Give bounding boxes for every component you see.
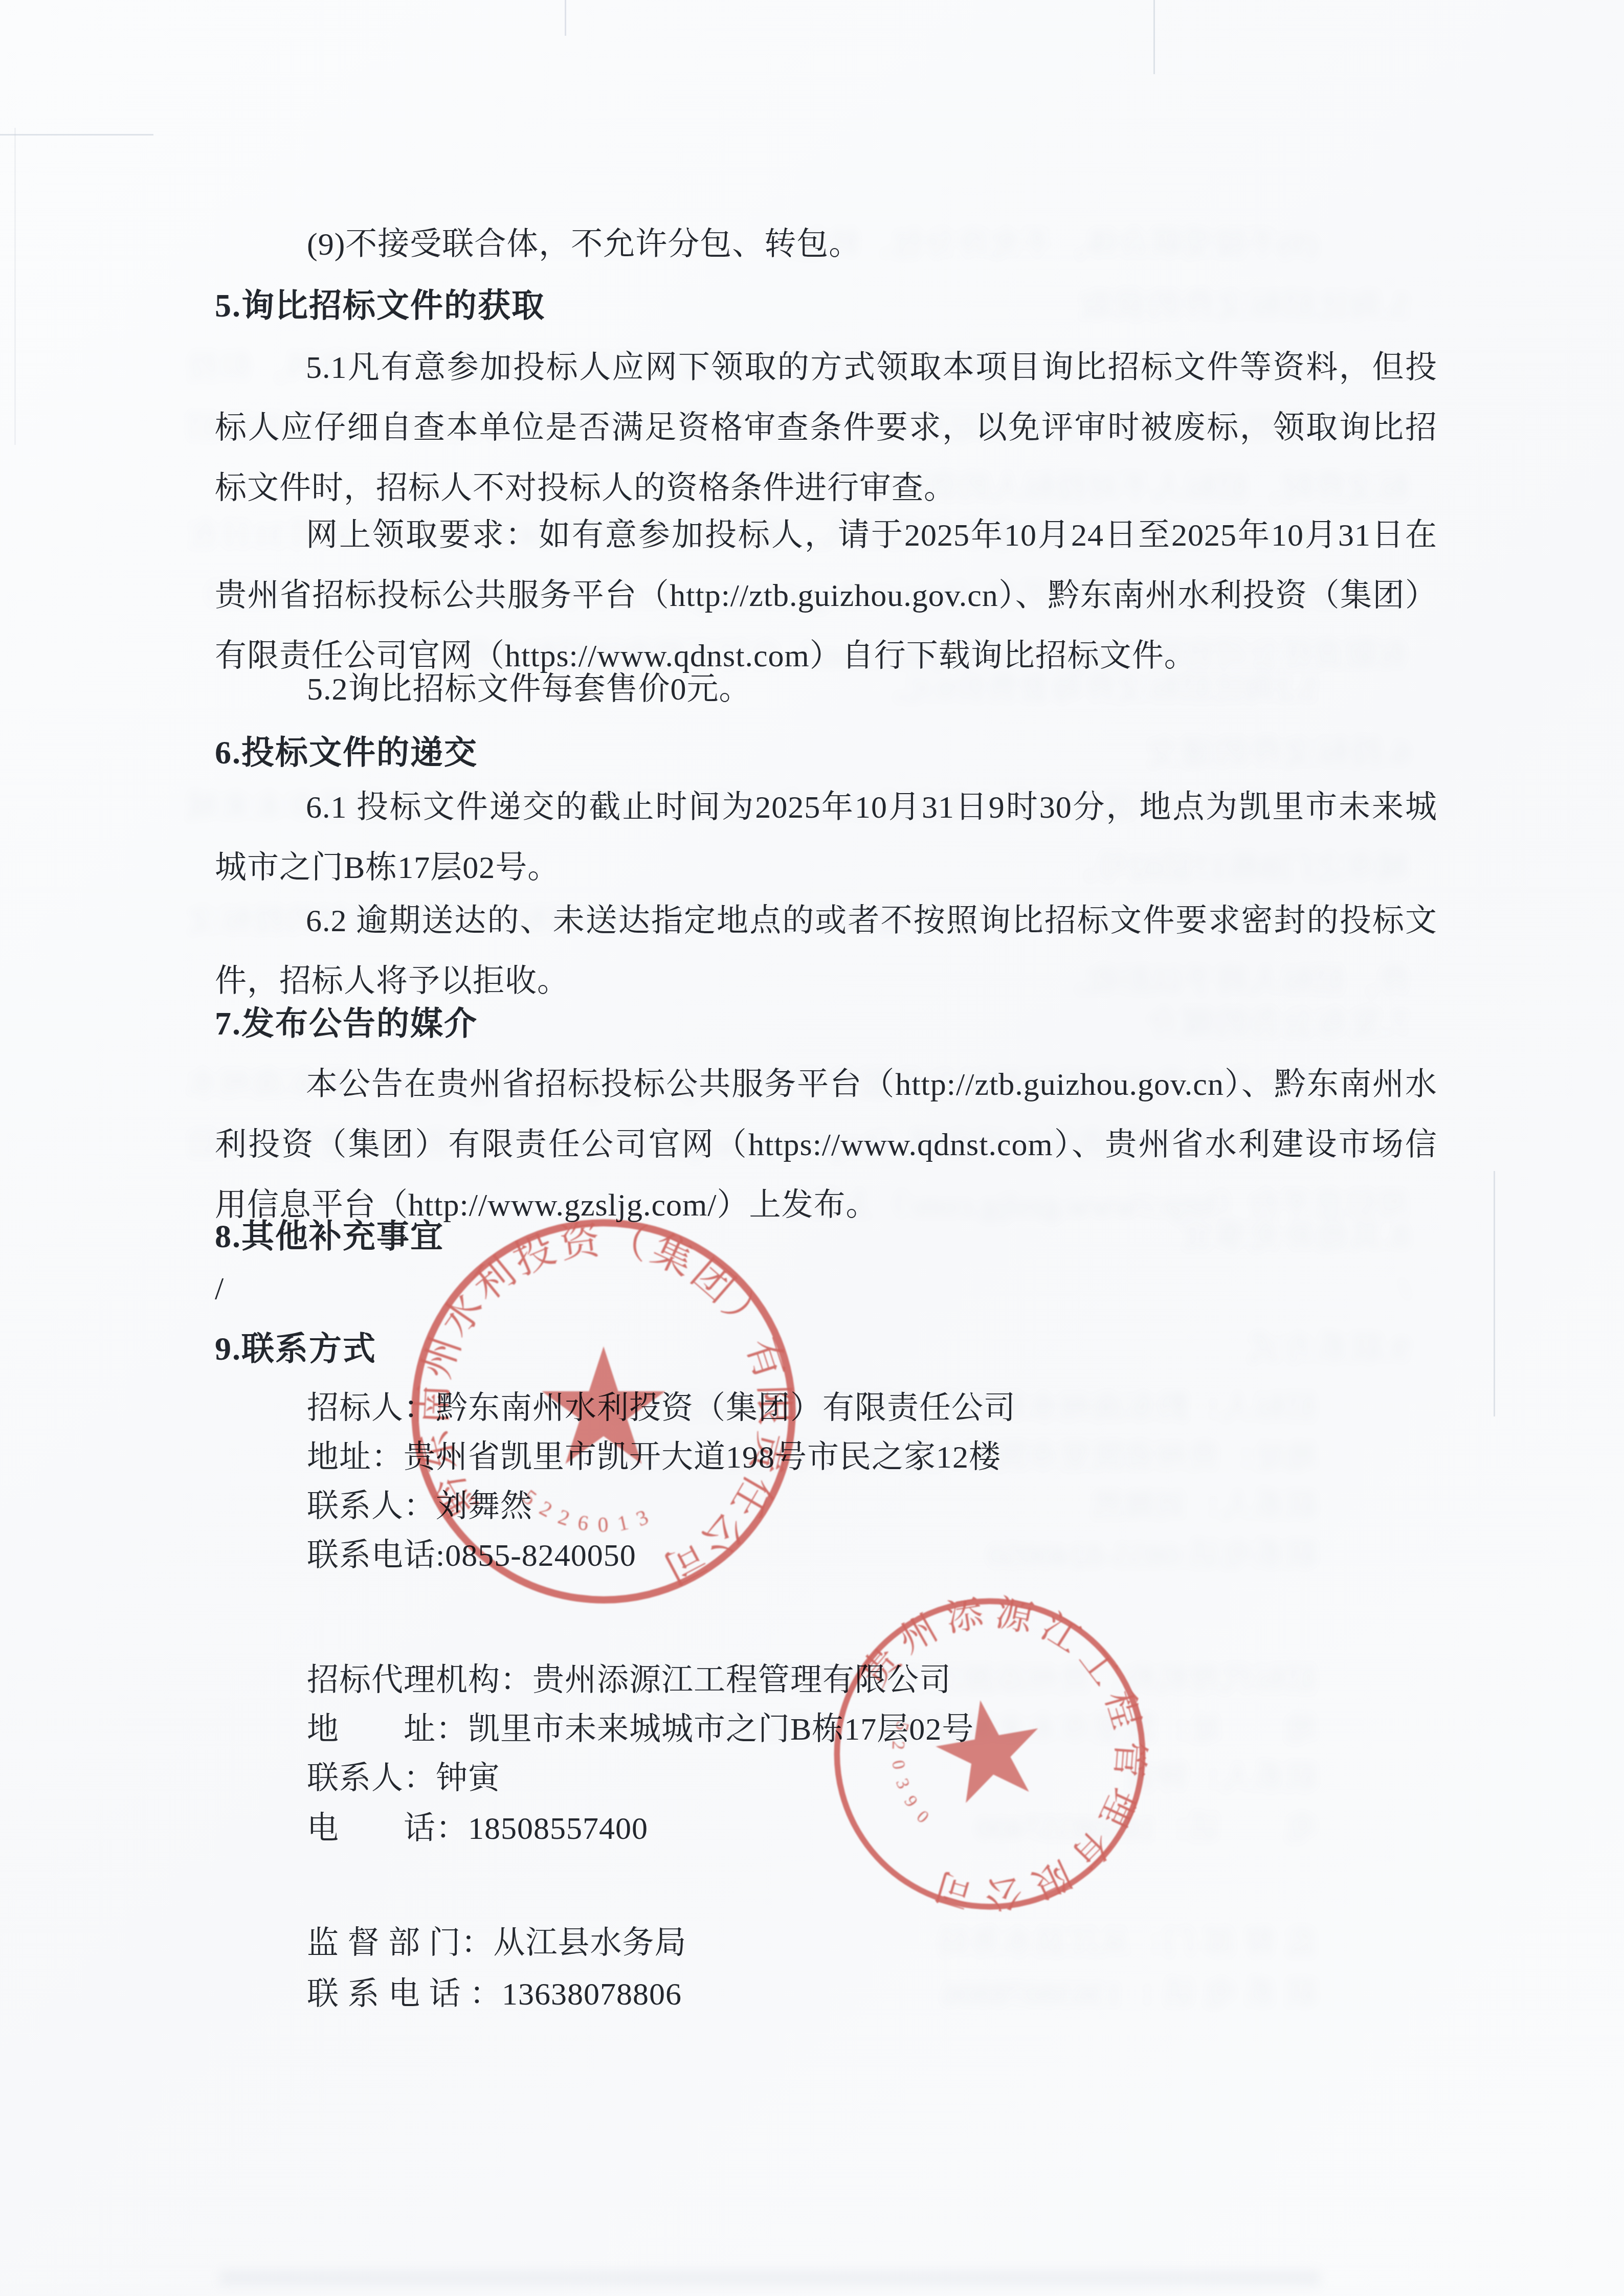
contact-person-tenderer: 联系人：刘舞然 (215, 1482, 1442, 1531)
para-6-1-deadline: 6.1 投标文件递交的截止时间为2025年10月31日9时30分，地点为凯里市未… (215, 777, 1437, 898)
scanned-document-page: (9)不接受联合体，不允许分包、转包。 5.询比招标文件的获取 5.1凡有意参加… (0, 0, 1624, 2296)
heading-section-9: 9.联系方式 (215, 1323, 1442, 1375)
slash-placeholder: / (215, 1264, 1442, 1313)
line-no-consortium: (9)不接受联合体，不允许分包、转包。 (215, 220, 1442, 269)
document-body: (9)不接受联合体，不允许分包、转包。 5.询比招标文件的获取 5.1凡有意参加… (0, 0, 1624, 2296)
para-announcement-media: 本公告在贵州省招标投标公共服务平台（http://ztb.guizhou.gov… (215, 1054, 1437, 1235)
para-5-2-price: 5.2询比招标文件每套售价0元。 (215, 665, 1442, 714)
company-seal-tenderer: 黔东南州水利投资（集团）有限责任公司 5226013005406 (402, 1209, 806, 1613)
heading-section-5: 5.询比招标文件的获取 (215, 280, 1442, 331)
company-seal-agency: 贵州添源江工程管理有限公司 52039016510 (826, 1590, 1153, 1918)
contact-supervisor: 监 督 部 门：从江县水务局 (215, 1919, 1442, 1968)
contact-tenderer: 招标人：黔东南州水利投资（集团）有限责任公司 (215, 1384, 1442, 1433)
contact-phone-tenderer: 联系电话:0855-8240050 (215, 1531, 1442, 1580)
star-icon (542, 1346, 665, 1464)
contact-phone-supervisor: 联 系 电 话 ：13638078806 (215, 1970, 1442, 2019)
heading-section-6: 6.投标文件的递交 (215, 727, 1442, 778)
para-5-1-document-pickup: 5.1凡有意参加投标人应网下领取的方式领取本项目询比招标文件等资料，但投标人应仔… (215, 337, 1437, 519)
para-online-collection: 网上领取要求：如有意参加投标人，请于2025年10月24日至2025年10月31… (215, 505, 1437, 686)
star-icon (929, 1691, 1049, 1806)
heading-section-7: 7.发布公告的媒介 (215, 998, 1442, 1049)
para-6-2-rejection: 6.2 逾期送达的、未送达指定地点的或者不按照询比招标文件要求密封的投标文件，招… (215, 891, 1437, 1011)
heading-section-8: 8.其他补充事宜 (215, 1211, 1442, 1262)
contact-tenderer-address: 地址：贵州省凯里市凯开大道198号市民之家12楼 (215, 1433, 1442, 1482)
